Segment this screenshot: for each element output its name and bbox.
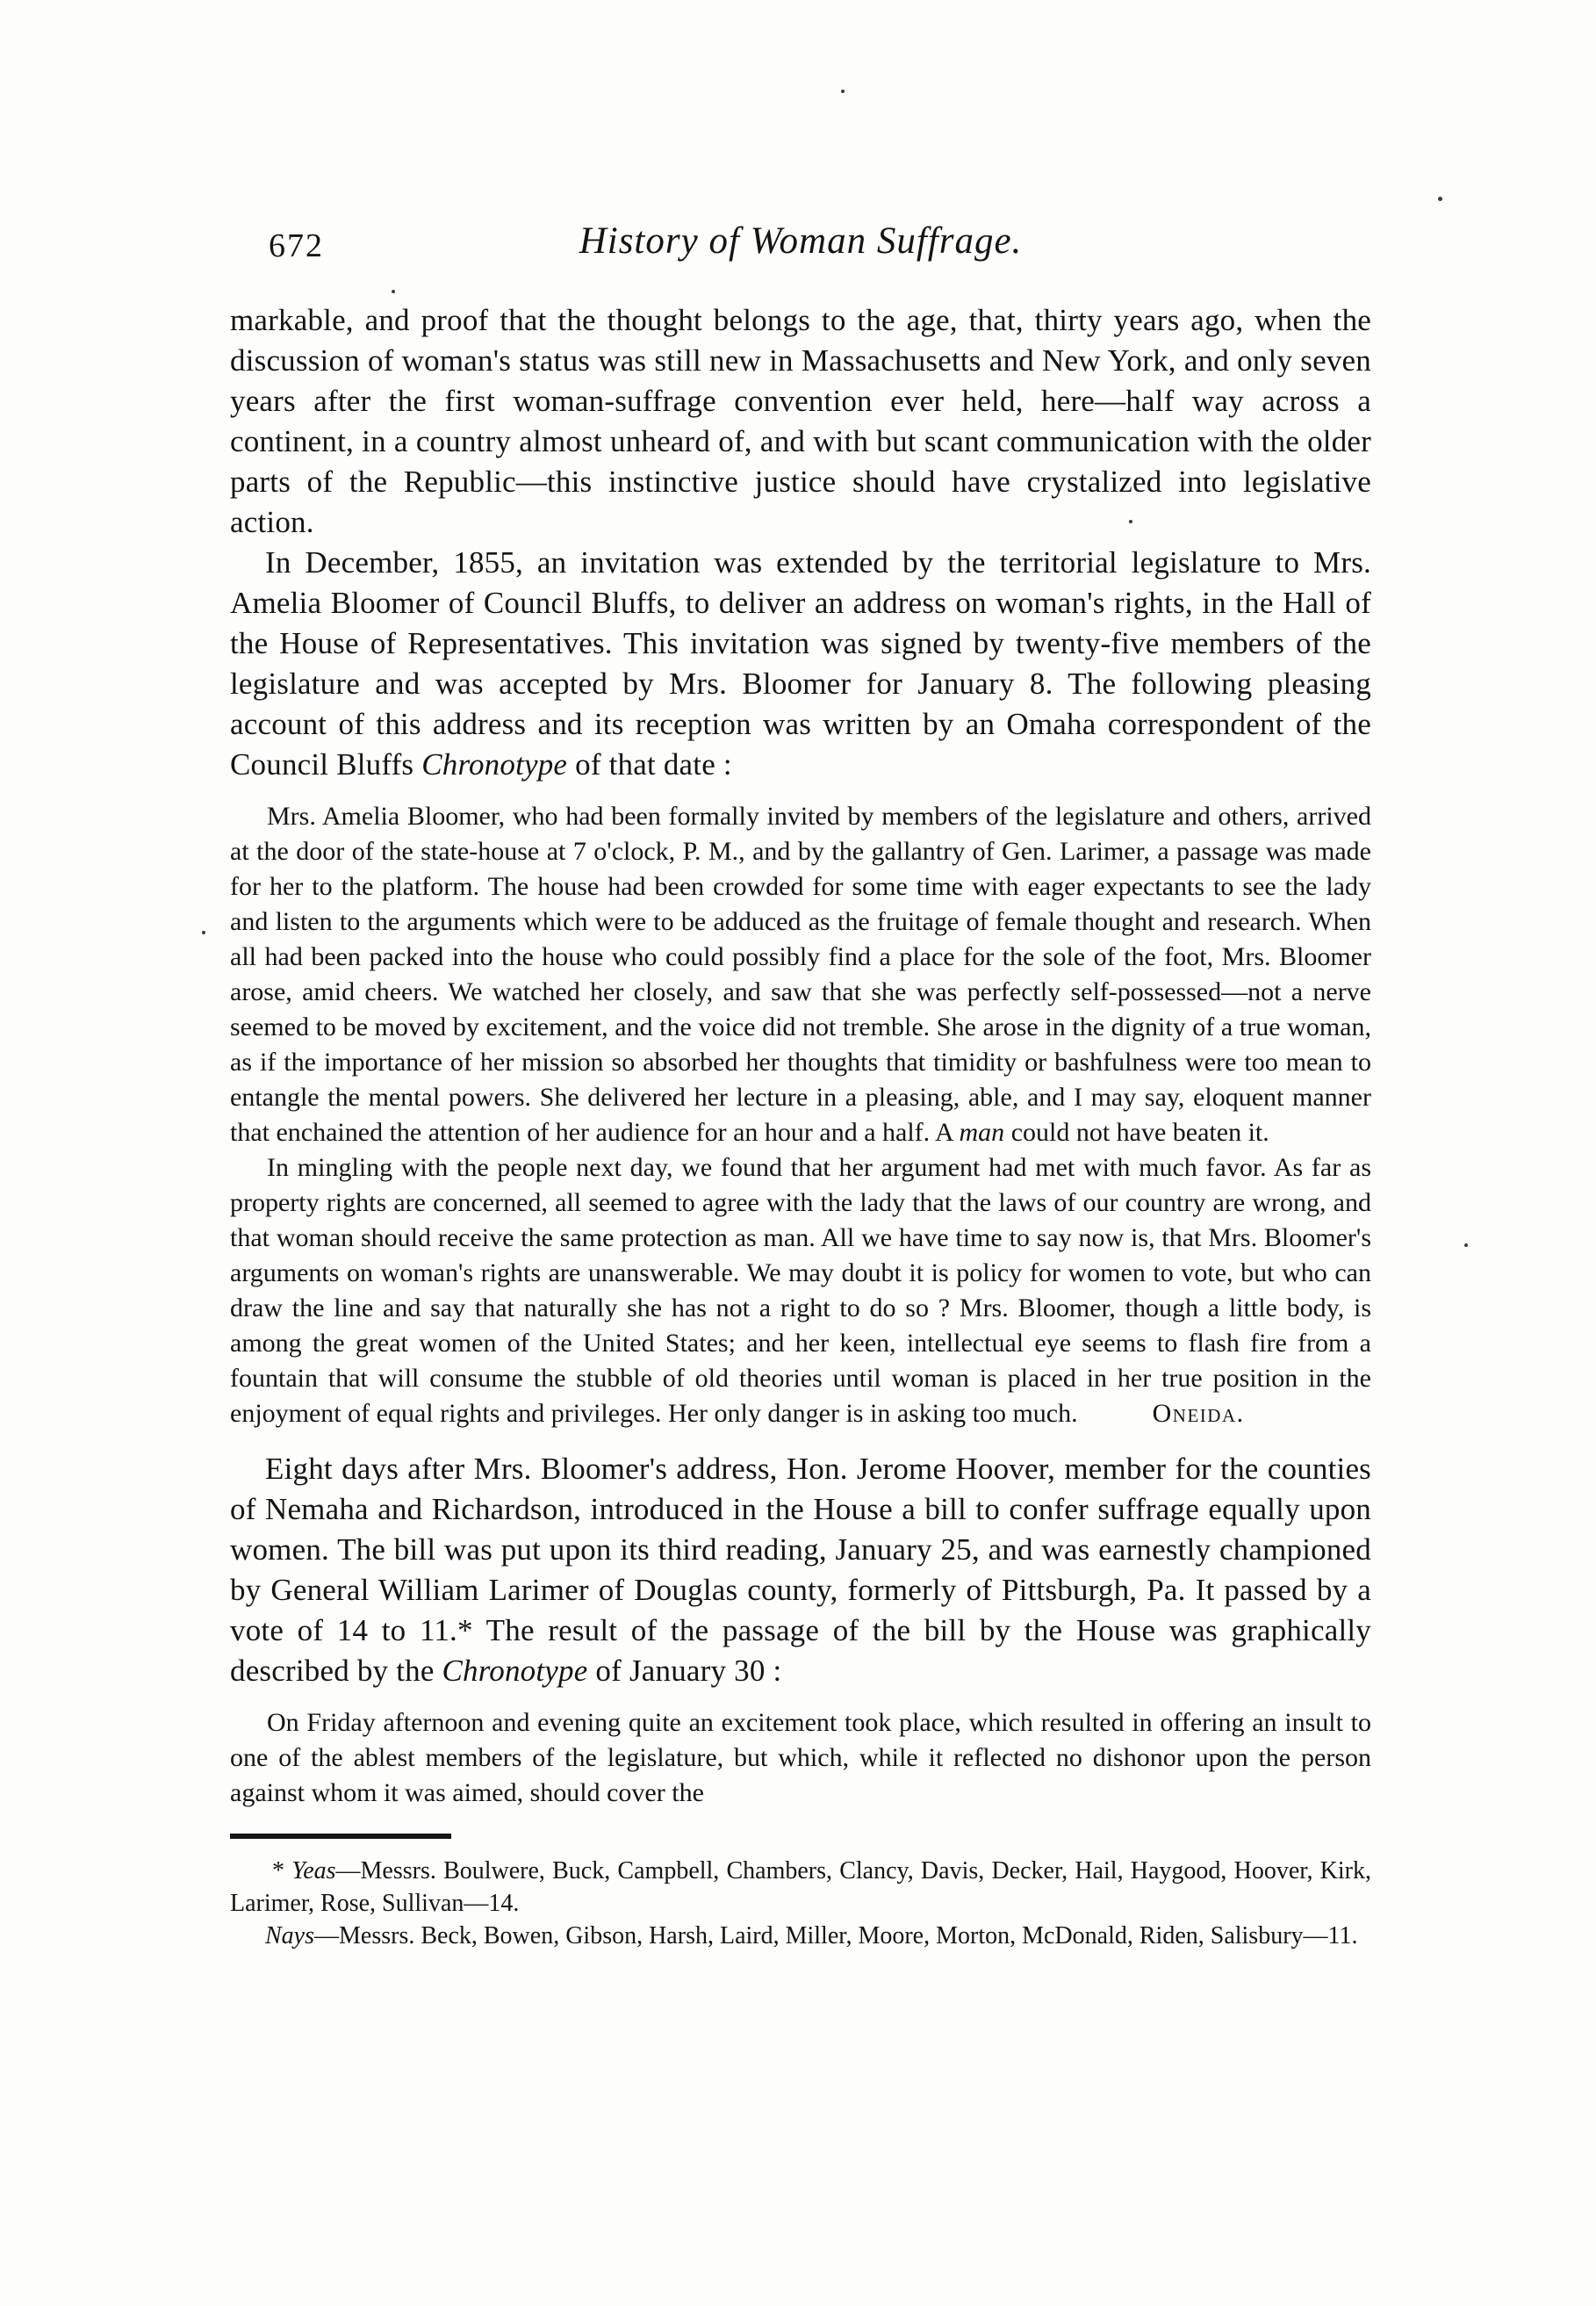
text-segment: markable, and proof that the thought bel… — [230, 303, 1371, 539]
footnote-votes: * Yeas—Messrs. Boulwere, Buck, Campbell,… — [230, 1855, 1371, 1952]
text-segment: of January 30 : — [587, 1654, 781, 1688]
footnote-yeas: * Yeas—Messrs. Boulwere, Buck, Campbell,… — [230, 1855, 1371, 1920]
text-segment: * — [272, 1857, 291, 1884]
scan-speck — [202, 931, 205, 934]
text-segment: man — [960, 1118, 1005, 1147]
text-segment: —Messrs. Beck, Bowen, Gibson, Harsh, Lai… — [314, 1922, 1357, 1949]
text-column: 672 History of Woman Suffrage. markable,… — [230, 0, 1371, 1952]
text-segment: Nays — [265, 1922, 314, 1949]
quote-paragraph-3: On Friday afternoon and evening quite an… — [230, 1705, 1371, 1811]
paragraph-continuation: markable, and proof that the thought bel… — [230, 300, 1371, 543]
page-title: History of Woman Suffrage. — [230, 220, 1371, 263]
quote-paragraph-2-text: In mingling with the people next day, we… — [230, 1153, 1371, 1428]
text-segment: could not have beaten it. — [1004, 1118, 1269, 1147]
page-number: 672 — [269, 227, 324, 265]
quote-paragraph-2: In mingling with the people next day, we… — [230, 1150, 1371, 1431]
quoted-account-passage: On Friday afternoon and evening quite an… — [230, 1705, 1371, 1811]
text-segment: Chronotype — [421, 747, 567, 782]
footnote-rule — [230, 1834, 451, 1839]
paragraph-bill: Eight days after Mrs. Bloomer's address,… — [230, 1449, 1371, 1691]
correspondent-signature: Oneida. — [1153, 1399, 1245, 1428]
text-segment: —Messrs. Boulwere, Buck, Campbell, Chamb… — [230, 1857, 1371, 1917]
scan-speck — [1464, 1243, 1468, 1247]
scan-speck — [1438, 197, 1442, 201]
running-header: 672 History of Woman Suffrage. — [230, 220, 1371, 277]
text-segment: Eight days after Mrs. Bloomer's address,… — [230, 1452, 1371, 1688]
text-segment: Mrs. Amelia Bloomer, who had been formal… — [230, 802, 1371, 1147]
text-segment: Yeas — [291, 1857, 335, 1884]
paragraph-invitation: In December, 1855, an invitation was ext… — [230, 543, 1371, 785]
footnote-nays: Nays—Messrs. Beck, Bowen, Gibson, Harsh,… — [230, 1920, 1371, 1952]
quoted-account-chronotype: Mrs. Amelia Bloomer, who had been formal… — [230, 799, 1371, 1431]
text-segment: of that date : — [567, 747, 732, 782]
text-segment: In December, 1855, an invitation was ext… — [230, 545, 1371, 782]
text-segment: In mingling with the people next day, we… — [230, 1153, 1371, 1428]
quote-paragraph-1: Mrs. Amelia Bloomer, who had been formal… — [230, 799, 1371, 1150]
book-page-scan: 672 History of Woman Suffrage. markable,… — [0, 0, 1596, 2306]
text-segment: Chronotype — [442, 1654, 588, 1688]
text-segment: On Friday afternoon and evening quite an… — [230, 1708, 1371, 1807]
